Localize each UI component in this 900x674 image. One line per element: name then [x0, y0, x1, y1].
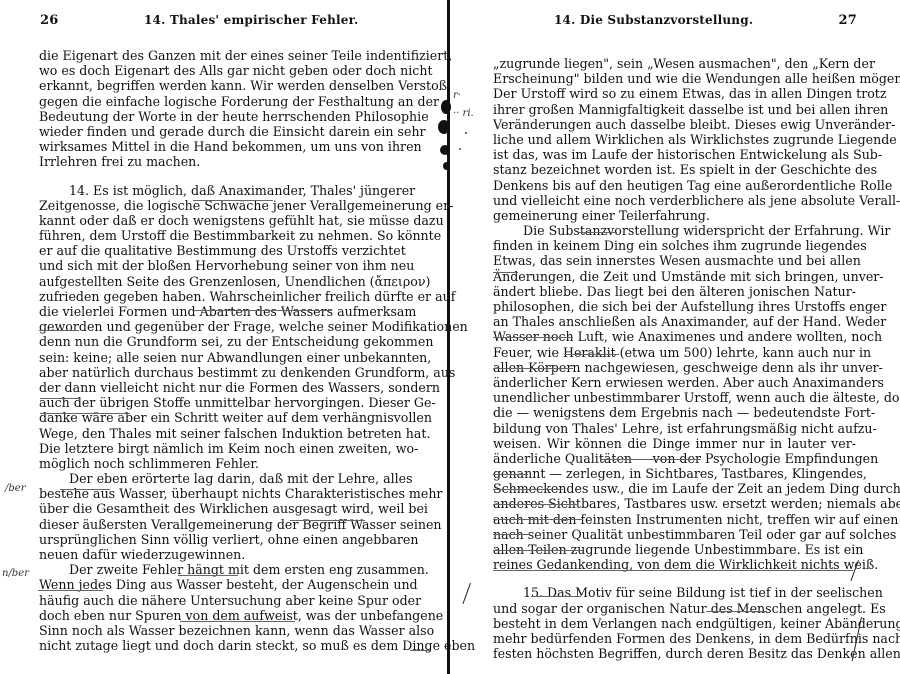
text-line: genannt — zerlegen, in Sichtbares, Tastb…: [493, 466, 856, 481]
pencil-underline: [193, 200, 273, 201]
text-line: änderlicher Kern erwiesen werden. Aber a…: [493, 375, 856, 390]
pencil-underline: [493, 504, 578, 505]
text-line: die Eigenart des Ganzen mit der eines se…: [39, 48, 401, 63]
pencil-underline: [493, 534, 528, 535]
left-page-body: die Eigenart des Ganzen mit der eines se…: [39, 48, 401, 653]
pencil-underline: [40, 398, 80, 399]
text-line: Die letztere birgt nämlich im Keim noch …: [39, 441, 401, 456]
pencil-underline: [192, 310, 332, 311]
text-line: häufig auch die nähere Untersuchung aber…: [39, 593, 401, 608]
ink-blot: [440, 145, 450, 155]
text-line: ursprünglichen Sinn völlig verliert, ohn…: [39, 532, 401, 547]
ink-blot: [441, 100, 451, 114]
text-line: Wege, den Thales mit seiner falschen Ind…: [39, 426, 401, 441]
right-page: 14. Die Substanzvorstellung. 27 „zugrund…: [451, 0, 900, 674]
speck: [459, 148, 461, 150]
pencil-underline: [290, 520, 365, 521]
pencil-underline: [577, 232, 617, 233]
text-line: ist das, was im Laufe der historischen E…: [493, 147, 856, 162]
text-line: sein: keine; alle seien nur Abwandlungen…: [39, 350, 401, 365]
text-line: und sogar der organischen Natur des Mens…: [493, 601, 856, 616]
text-line: Änderungen, die Zeit und Umstände mit si…: [493, 269, 856, 284]
pencil-underline: [39, 330, 79, 331]
pencil-underline: [493, 337, 573, 338]
speck: [465, 132, 467, 134]
pencil-underline: [180, 621, 295, 622]
ink-blot: [443, 162, 450, 170]
right-page-header: 14. Die Substanzvorstellung. 27: [451, 13, 857, 33]
text-line: dieser äußersten Verallgemeinerung der B…: [39, 517, 401, 532]
pencil-slash-mark: [462, 583, 470, 604]
left-page-header: 26 14. Thales' empirischer Fehler.: [40, 13, 405, 33]
text-line: auch der übrigen Stoffe unmittelbar herv…: [39, 395, 401, 410]
text-line: neuen dafür wiederzugewinnen.: [39, 547, 401, 562]
pencil-underline: [601, 459, 701, 460]
margin-note: r·: [453, 90, 461, 101]
text-line: und vielleicht eine noch verderblichere …: [493, 193, 856, 208]
left-page: 26 14. Thales' empirischer Fehler. die E…: [0, 0, 448, 674]
pencil-underline: [493, 474, 528, 475]
running-head: 14. Thales' empirischer Fehler.: [144, 13, 358, 27]
pencil-underline: [564, 354, 619, 355]
pencil-rule: [493, 570, 853, 571]
text-line: kannt oder daß er doch wenigstens gefühl…: [39, 213, 401, 228]
text-line: stanz bezeichnet worden ist. Es spielt i…: [493, 162, 856, 177]
section-15-first-line: 15. Das Motiv für seine Bildung ist tief…: [493, 585, 856, 600]
text-line: führen, dem Urstoff die Bestimmbarkeit z…: [39, 228, 401, 243]
text-line: der dann vielleicht nicht nur die Formen…: [39, 380, 401, 395]
margin-note: /ber: [5, 483, 25, 494]
book-spread: 26 14. Thales' empirischer Fehler. die E…: [0, 0, 900, 674]
text-line: finden in keinem Ding ein solches ihm zu…: [493, 238, 856, 253]
pencil-underline: [60, 489, 110, 490]
text-line: Feuer, wie Heraklit (etwa um 500) lehrte…: [493, 345, 856, 360]
text-line: aber natürlich durchaus bestimmt zu denk…: [39, 365, 401, 380]
pencil-underline: [706, 611, 766, 612]
text-line: nach seiner Qualität unbestimmbaren Teil…: [493, 527, 856, 542]
ink-blot: [438, 120, 450, 134]
text-line: denn nun die Grundform sei, zu der Entsc…: [39, 334, 401, 349]
text-line: an Thales anschließen als Anaximander, a…: [493, 314, 856, 329]
margin-note: n/ber: [2, 568, 29, 579]
text-line: erkannt, begriffen werden kann. Wir werd…: [39, 78, 401, 93]
text-line: Irrlehren frei zu machen.: [39, 154, 401, 169]
pencil-underline: [38, 590, 103, 591]
text-line: Veränderungen auch dasselbe bleibt. Dies…: [493, 117, 856, 132]
text-line: gegen die einfache logische Forderung de…: [39, 94, 401, 109]
text-line: mehr bedürfenden Formen des Denkens, in …: [493, 631, 856, 646]
text-line: wieder finden und gerade durch die Einsi…: [39, 124, 401, 139]
page-number: 26: [40, 13, 59, 28]
text-line: nicht zutage liegt und doch darin steckt…: [39, 638, 401, 653]
pencil-underline: [410, 650, 430, 651]
text-line: Der eben erörterte lag darin, daß mit de…: [39, 471, 401, 486]
pencil-underline: [493, 519, 583, 520]
text-line: gemeinerung einer Teilerfahrung.: [493, 208, 856, 223]
text-line: er auf die qualitative Bestimmung des Ur…: [39, 243, 401, 258]
text-line: die vielerlei Formen und Abarten des Was…: [39, 304, 401, 319]
paragraph-gap: [39, 170, 401, 183]
pencil-underline: [493, 368, 573, 369]
text-line: die — wenigstens dem Ergebnis nach — bed…: [493, 405, 856, 420]
text-line: Bedeutung der Worte in der heute herrsch…: [39, 109, 401, 124]
section-14-first-line: 14. Es ist möglich, daß Anaximander, Tha…: [39, 183, 401, 198]
text-line: wo es doch Eigenart des Alls gar nicht g…: [39, 63, 401, 78]
text-line: über die Gesamtheit des Wirklichen ausge…: [39, 501, 401, 516]
margin-note: ·· ri.: [453, 108, 474, 119]
pencil-underline: [493, 489, 563, 490]
text-line: ihrer großen Mannigfaltigkeit dasselbe i…: [493, 102, 856, 117]
text-line: Der Urstoff wird so zu einem Etwas, das …: [493, 86, 856, 101]
text-line: festen höchsten Begriffen, durch deren B…: [493, 646, 856, 661]
text-line: „zugrunde liegen", sein „Wesen ausmachen…: [493, 56, 856, 71]
text-line: philosophen, die sich bei der Aufstellun…: [493, 299, 856, 314]
text-line: Erscheinung" bilden und wie die Wendunge…: [493, 71, 856, 86]
text-line: bildung von Thales' Lehre, ist erfahrung…: [493, 421, 856, 436]
text-line: unendlicher unbestimmbarer Urstoff, wenn…: [493, 390, 856, 405]
pencil-underline: [493, 550, 583, 551]
text-line: Denkens bis auf den heutigen Tag eine au…: [493, 178, 856, 193]
text-line: liche und allem Wirklichen als Wirklichs…: [493, 132, 856, 147]
text-line: geworden und gegenüber der Frage, welche…: [39, 319, 401, 334]
pencil-underline: [40, 413, 130, 414]
text-line: aufgestellten Seite des Grenzenlosen, Un…: [39, 274, 401, 289]
paragraph-gap: [493, 572, 856, 585]
text-line: zufrieden gegeben haben. Wahrscheinliche…: [39, 289, 401, 304]
text-line: besteht in dem Verlangen nach endgültige…: [493, 616, 856, 631]
text-line: ändert bliebe. Das liegt bei den älteren…: [493, 284, 856, 299]
text-line: Sinn noch als Wasser bezeichnen kann, we…: [39, 623, 401, 638]
text-line: wirksames Mittel in die Hand bekommen, u…: [39, 139, 401, 154]
text-line: weisen. Wir können die Dinge immer nur i…: [493, 436, 856, 451]
running-head: 14. Die Substanzvorstellung.: [554, 13, 753, 27]
pencil-underline: [178, 575, 238, 576]
page-number: 27: [839, 13, 858, 28]
text-line: und sich mit der bloßen Hervorhebung sei…: [39, 258, 401, 273]
text-line: möglich noch schlimmeren Fehler.: [39, 456, 401, 471]
text-line: Etwas, das sein innerstes Wesen ausmacht…: [493, 253, 856, 268]
pencil-underline: [531, 596, 581, 597]
text-line: Die Substanzvorstellung widerspricht der…: [493, 223, 856, 238]
pencil-underline: [493, 272, 518, 273]
